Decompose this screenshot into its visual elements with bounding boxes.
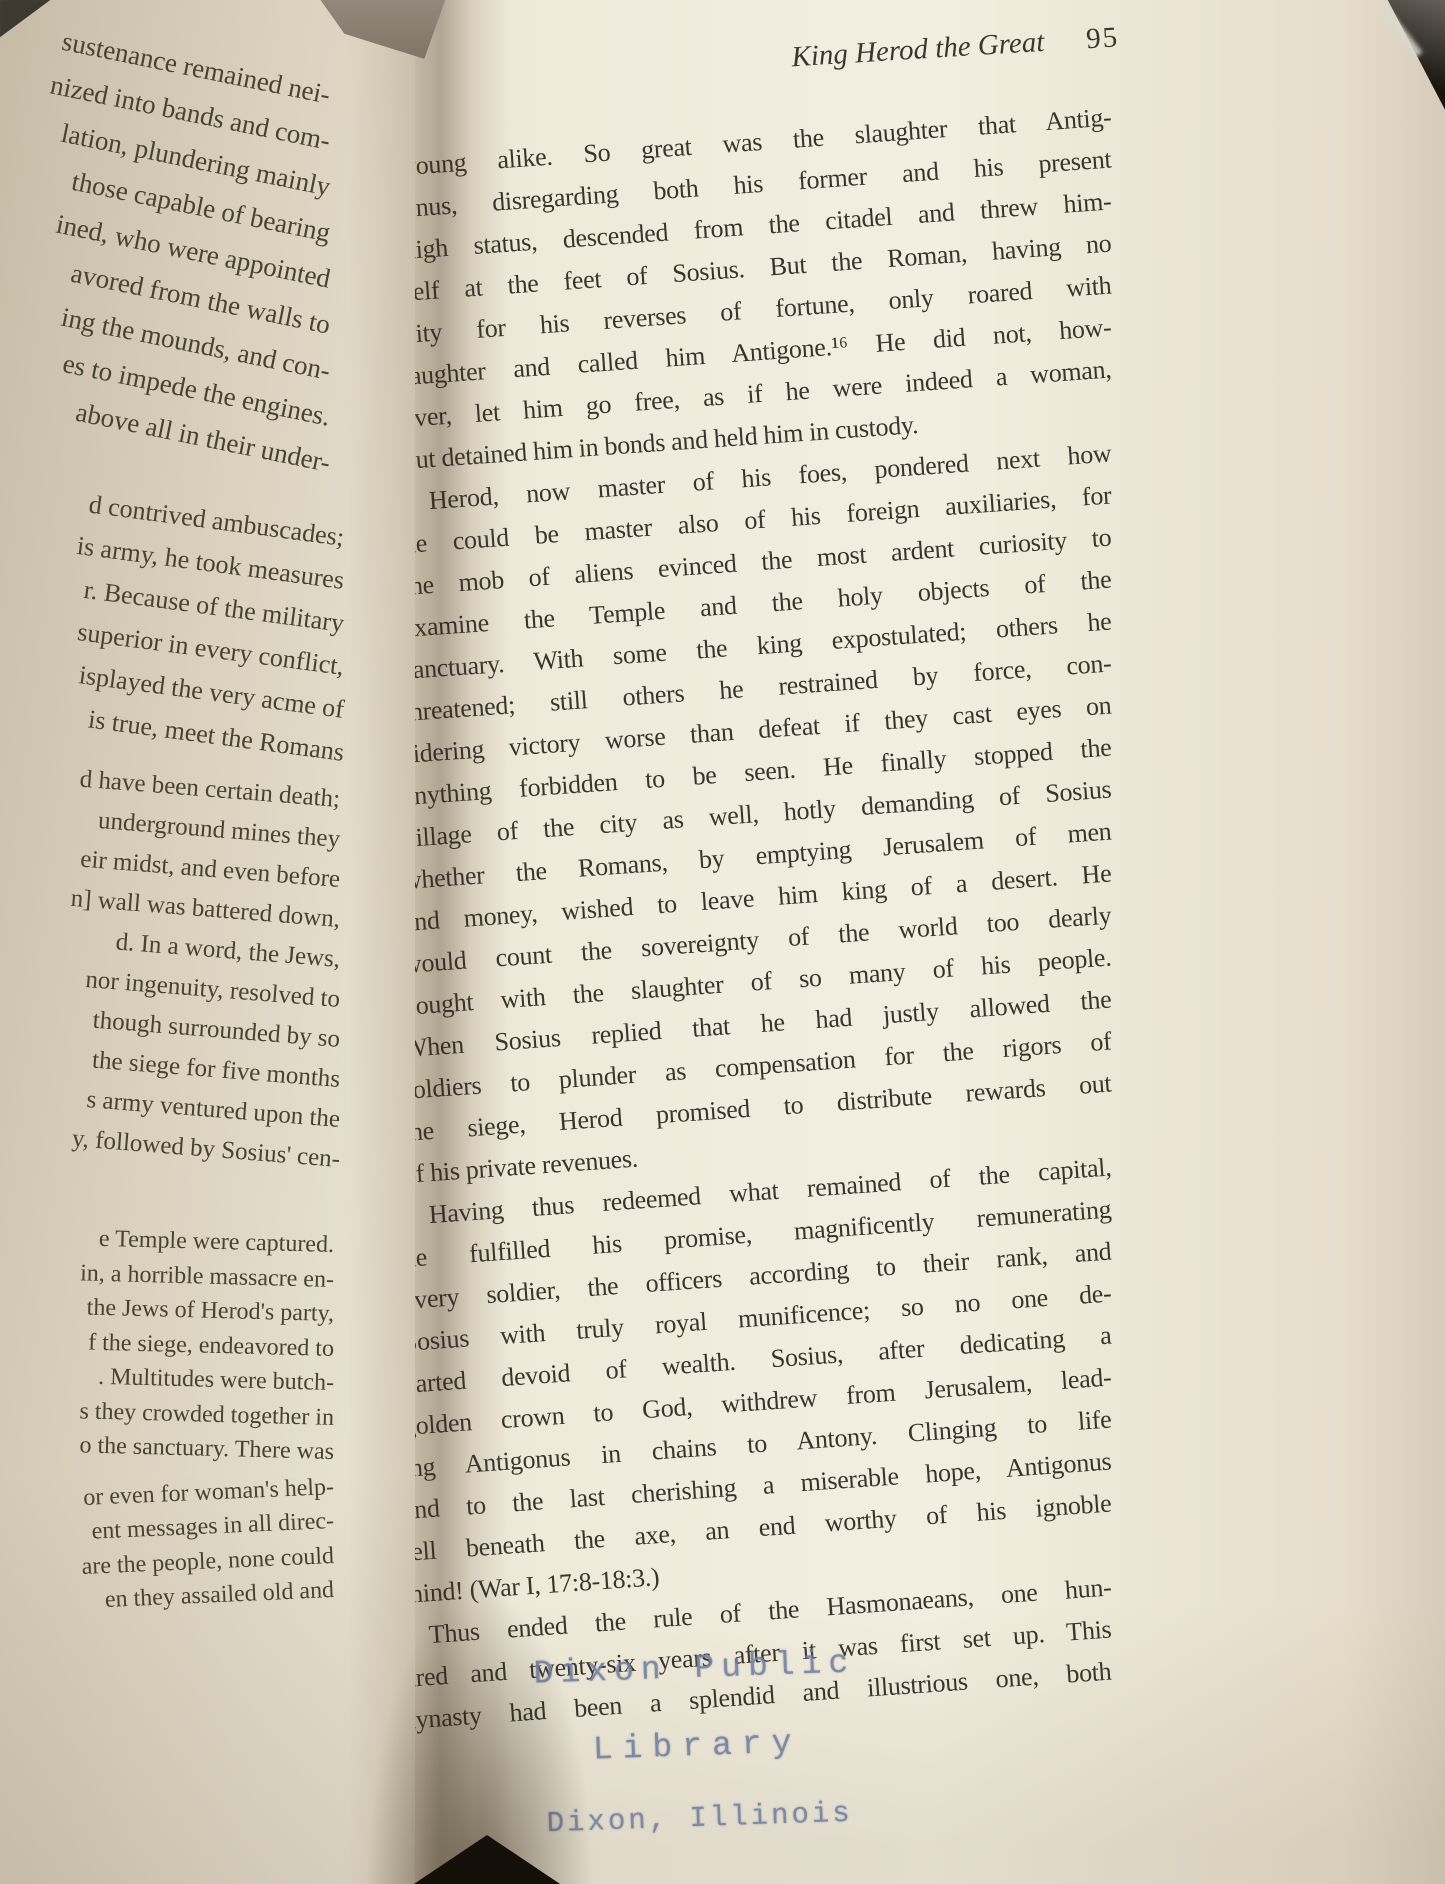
paragraph: Herod, now master of his foes, pondered … bbox=[415, 482, 1113, 1196]
left-page: sustenance remained nei- nized into band… bbox=[0, 0, 452, 1884]
library-stamp: Dixon Public Library Dixon, Illinois bbox=[423, 1621, 970, 1862]
paragraph: Having thus redeemed what remained of th… bbox=[415, 1196, 1113, 1616]
left-page-paragraph: sustenance remained nei- nized into band… bbox=[0, 72, 330, 486]
left-page-paragraph: e Temple were captured. in, a horrible m… bbox=[0, 1228, 334, 1608]
running-header-title: King Herod the Great bbox=[791, 26, 1046, 74]
left-page-paragraph: d contrived ambuscades; is army, he took… bbox=[0, 516, 344, 774]
body-text: young alike. So great was the slaughter … bbox=[415, 146, 1113, 1742]
right-page: King Herod the Great 95 young alike. So … bbox=[415, 0, 1445, 1884]
paragraph: young alike. So great was the slaughter … bbox=[415, 146, 1113, 482]
page-header: King Herod the Great 95 bbox=[649, 21, 1120, 83]
page-number: 95 bbox=[1085, 21, 1120, 56]
left-page-paragraph: d have been certain death; underground m… bbox=[0, 780, 340, 1180]
open-book-photo: sustenance remained nei- nized into band… bbox=[0, 0, 1445, 1884]
